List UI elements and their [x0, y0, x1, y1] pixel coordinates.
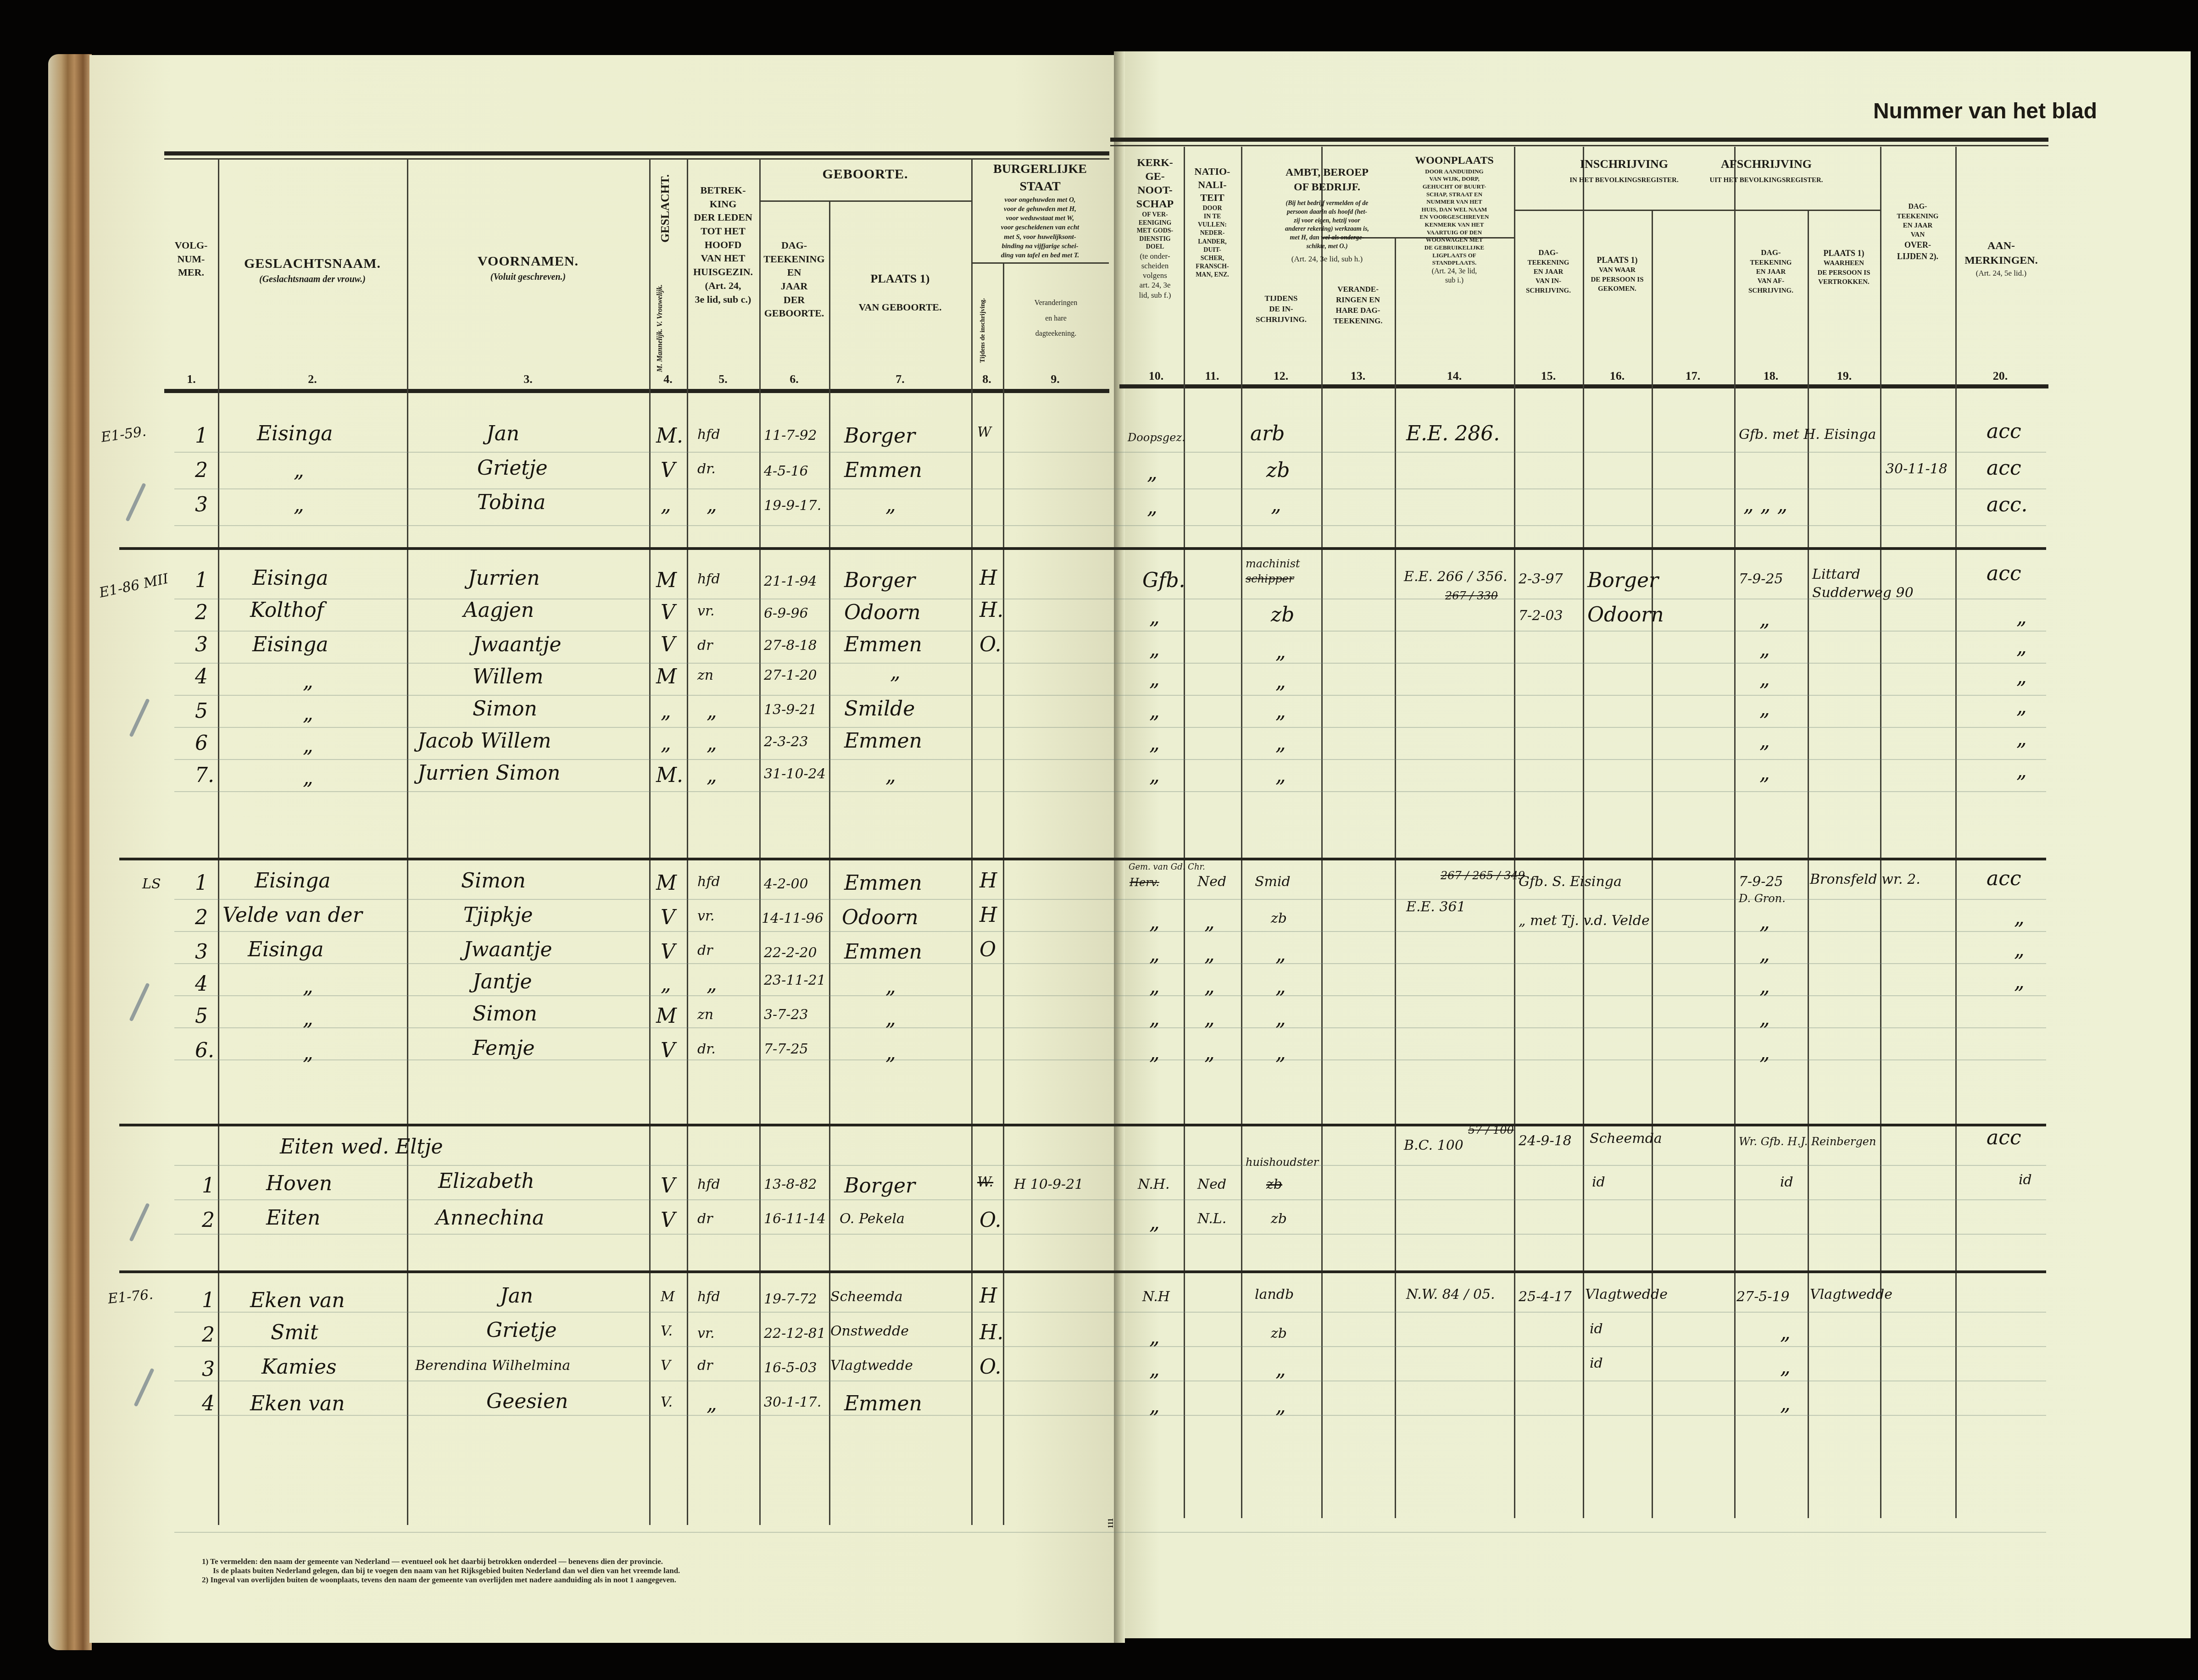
cell-occupation: „ [1275, 943, 1286, 966]
cell-sex: „ [661, 732, 671, 755]
cell-nationality: N.L. [1197, 1211, 1226, 1227]
cell-sex: „ [661, 699, 671, 723]
ruled-line [174, 1532, 2046, 1533]
cell-registration-place: id [1590, 1321, 1603, 1337]
cell-residence: B.C. 100 [1404, 1137, 1463, 1153]
column-number: 8. [973, 372, 1001, 386]
cell-birth-place: Borger [844, 424, 915, 448]
cell-given-names: Jantje [473, 970, 532, 993]
cell-occupation: arb [1250, 422, 1285, 445]
cell-surname: „ [303, 702, 313, 725]
column-number: 9. [1041, 372, 1069, 386]
cell-surname: Eken van [250, 1392, 345, 1415]
cell-surname: Eisinga [257, 422, 333, 445]
cell-relation: hfd [697, 427, 720, 443]
cell-religion: „ [1149, 1211, 1160, 1234]
cell-relation: „ [707, 764, 717, 787]
header-burgerlijke-staat: BURGERLIJKESTAAT voor ongehuwden met O,v… [971, 161, 1109, 260]
cell-remark: „ [2014, 938, 2025, 961]
cell-volgnummer: 4 [195, 665, 208, 688]
cell-birth-date: 22-2-20 [764, 945, 817, 961]
cell-registration-place: id [1590, 1355, 1603, 1371]
cell-residence-struck: 267 / 265 / 349 [1441, 869, 1525, 882]
cell-occupation: zb [1271, 1325, 1287, 1342]
column-number: 6. [780, 372, 808, 386]
cell-sex: V [661, 1209, 675, 1232]
cell-birth-place: Emmen [844, 940, 922, 964]
cell-relation: hfd [697, 874, 720, 890]
cell-religion: Gfb. [1142, 569, 1185, 592]
cell-deregistration-place: Wr. Gfb. H.J. Reinbergen [1739, 1135, 1876, 1148]
header-deregistration-date: DAG-TEEKENINGEN JAARVAN AF-SCHRIJVING. [1734, 248, 1808, 295]
cell-birth-place: „ [890, 660, 901, 684]
ruled-line [174, 663, 2046, 664]
cell-given-names: Grietje [486, 1319, 557, 1342]
header-deregistration-place: PLAATS 1)WAARHEENDE PERSOON ISVERTROKKEN… [1808, 248, 1880, 287]
cell-occupation: „ [1275, 975, 1286, 998]
col-divider [1652, 211, 1653, 1518]
header-registration-place: PLAATS 1)VAN WAARDE PERSOON ISGEKOMEN. [1583, 255, 1652, 294]
cell-remark: acc. [1987, 493, 2028, 516]
cell-relation: hfd [697, 1176, 720, 1192]
cell-religion: Gem. van Gd. Chr. [1129, 862, 1205, 872]
book-gutter [1114, 51, 1125, 1643]
cell-deregistration-place: Gfb. met H. Eisinga [1739, 427, 1876, 443]
cell-surname: „ [303, 1041, 313, 1065]
header-birth-place: PLAATS 1)VAN GEBOORTE. [829, 271, 971, 314]
cell-civil-status: O. [979, 1355, 1001, 1379]
cell-deregistration-place: „ [1759, 975, 1770, 998]
cell-birth-place: Emmen [844, 729, 922, 753]
cell-given-names: Grietje [477, 456, 548, 480]
cell-sex: M [656, 569, 677, 592]
header-nationaliteit: NATIO-NALI-TEITDOORIN TEVULLEN:NEDER-LAN… [1184, 165, 1241, 279]
cell-surname: „ [303, 1007, 313, 1030]
cell-deregistration-place: „ [1780, 1321, 1791, 1344]
cell-remark: acc [1987, 1126, 2021, 1149]
cell-religion: „ [1149, 638, 1160, 661]
cell-religion: „ [1149, 732, 1160, 755]
cell-occupation-struck: schipper [1246, 572, 1294, 585]
cell-birth-place: Odoorn [844, 601, 921, 624]
cell-religion: „ [1149, 943, 1160, 966]
cell-given-names: Jan [500, 1284, 533, 1308]
cell-civil-status: H [979, 566, 997, 590]
cell-volgnummer: 5 [195, 699, 208, 723]
inschrijving-subrule [1514, 210, 1734, 211]
column-number: 5. [709, 372, 737, 386]
column-number: 20. [1987, 369, 2014, 383]
cell-registration-place: id [1592, 1174, 1605, 1190]
cell-religion: N.H. [1138, 1176, 1170, 1192]
header-voornamen: VOORNAMEN.(Voluit geschreven.) [407, 252, 649, 283]
header-top-thin-rule-left [164, 158, 1109, 160]
cell-religion: „ [1149, 1325, 1160, 1349]
cell-remark: acc [1987, 420, 2021, 443]
cell-deregistration-place: id [1780, 1174, 1793, 1190]
cell-given-names: Berendina Wilhelmina [415, 1358, 570, 1374]
cell-occupation: landb [1255, 1286, 1294, 1303]
cell-surname: „ [303, 766, 313, 789]
geboorte-subrule [759, 200, 971, 202]
cell-birth-date: 4-2-00 [764, 876, 808, 892]
household-separator [119, 858, 2046, 860]
col-divider [649, 158, 651, 1525]
cell-given-names: Simon [473, 697, 537, 721]
cell-registration-date: 24-9-18 [1519, 1133, 1572, 1149]
cell-surname: Eisinga [248, 938, 324, 961]
cell-registration-place: Scheemda [1590, 1131, 1662, 1147]
footnote-1-continued: Is de plaats buiten Nederland gelegen, d… [202, 1566, 680, 1575]
header-ambt: AMBT, BEROEPOF BEDRIJF. (Bij het bedrijf… [1241, 165, 1413, 265]
cell-civil-status: H [979, 904, 997, 927]
ruled-line [174, 488, 2046, 489]
header-veranderingen-ambt: VERANDE-RINGEN ENHARE DAG-TEEKENING. [1321, 284, 1395, 327]
cell-birth-date: 6-9-96 [764, 605, 808, 621]
cell-occupation: „ [1275, 1358, 1286, 1381]
cell-surname: Eisinga [255, 869, 331, 893]
cell-sex: „ [661, 972, 671, 996]
cell-deregistration-place: „ [1759, 608, 1770, 631]
ruled-line [174, 1415, 2046, 1416]
cell-sex: „ [661, 493, 671, 516]
cell-religion: Doopsgez. [1128, 431, 1185, 444]
household-heading: Eiten wed. Eltje [280, 1135, 443, 1159]
cell-given-names: Jacob Willem [417, 729, 551, 753]
cell-remark: acc [1987, 562, 2021, 585]
ruled-line [174, 1165, 2046, 1166]
ruled-line [174, 1234, 2046, 1235]
header-volgnummer: VOLG-NUM-MER. [164, 238, 218, 279]
cell-sex: M [656, 665, 677, 688]
cell-deregistration-date: 7-9-25 [1739, 874, 1783, 890]
header-bottom-rule-left [164, 389, 1109, 393]
cell-birth-date: 16-5-03 [764, 1360, 817, 1376]
footnote-1: 1) Te vermelden: den naam der gemeente v… [202, 1557, 663, 1566]
ruled-line [174, 599, 2046, 599]
cell-surname: Hoven [266, 1172, 332, 1195]
column-number: 18. [1757, 369, 1785, 383]
cell-relation: zn [697, 1007, 713, 1023]
cell-sex: M. [656, 764, 683, 787]
cell-birth-place: Onstwedde [830, 1323, 909, 1339]
ruled-line [174, 1312, 2046, 1313]
cell-sex: V. [661, 1394, 673, 1410]
cell-deregistration-place: „ „ „ [1743, 493, 1787, 516]
cell-surname: Velde van der [223, 904, 362, 927]
cell-surname: Kamies [262, 1355, 337, 1379]
cell-relation: vr. [697, 603, 715, 619]
cell-religion: „ [1149, 1007, 1160, 1030]
cell-volgnummer: 2 [195, 459, 208, 482]
cell-remark: „ [2016, 727, 2027, 750]
cell-volgnummer: 3 [202, 1358, 215, 1381]
cell-sex: V [661, 633, 675, 656]
column-number: 16. [1603, 369, 1631, 383]
cell-deregistration-place: „ [1780, 1392, 1791, 1415]
cell-remark: id [2019, 1172, 2032, 1188]
cell-occupation: „ [1275, 1041, 1286, 1065]
cell-given-names: Femje [473, 1037, 535, 1060]
col-divider [1395, 238, 1396, 1518]
header-birth-date: DAG-TEEKENINGENJAARDERGEBOORTE. [759, 238, 829, 320]
cell-relation: dr. [697, 461, 716, 477]
cell-surname: Eiten [266, 1206, 320, 1230]
ruled-line [174, 759, 2046, 760]
cell-volgnummer: 2 [202, 1209, 215, 1232]
header-woonplaats: WOONPLAATSDOOR AANDUIDINGVAN WIJK, DORP,… [1395, 154, 1514, 286]
cell-civil-status: W. [977, 1174, 993, 1190]
cell-religion-struck: Herv. [1130, 876, 1159, 889]
cell-sex: V [661, 459, 675, 482]
cell-occupation-struck: zb [1266, 1176, 1282, 1192]
cell-birth-date: 13-8-82 [764, 1176, 817, 1192]
cell-birth-date: 22-12-81 [764, 1325, 826, 1342]
cell-given-names: Willem [473, 665, 543, 688]
col-divider [687, 158, 688, 1525]
cell-religion: „ [1149, 910, 1160, 934]
col-divider [218, 158, 219, 1525]
cell-volgnummer: 6 [195, 732, 208, 755]
cell-sex: V [661, 1358, 671, 1374]
cell-remark: acc [1987, 456, 2021, 480]
cell-occupation: Smid [1255, 874, 1291, 890]
cell-relation: dr [697, 943, 713, 959]
cell-registration-place: Vlagtwedde [1585, 1286, 1668, 1303]
header-aanmerkingen: AAN-MERKINGEN.(Art. 24, 5e lid.) [1955, 238, 2047, 279]
cell-civil-status-change: H 10-9-21 [1014, 1176, 1083, 1192]
cell-remark: „ [2014, 906, 2025, 929]
cell-relation: vr. [697, 1325, 715, 1342]
cell-volgnummer: 7. [195, 764, 214, 787]
cell-religion: „ [1149, 764, 1160, 787]
cell-civil-status: O. [979, 1209, 1001, 1232]
cell-birth-place: „ [885, 1041, 896, 1065]
header-geslacht-legend: M. Mannelijk. V. Vrouwelijk. [656, 284, 664, 372]
cell-birth-date: 11-7-92 [764, 427, 817, 444]
cell-deregistration-place: „ [1759, 729, 1770, 753]
cell-volgnummer: 1 [195, 871, 208, 895]
cell-surname: „ [294, 493, 304, 516]
cell-deregistration-place: Bronsfeld wr. 2. [1810, 871, 1920, 887]
cell-birth-place: Emmen [844, 459, 922, 482]
cell-registration-place: „ met Tj. v.d. Velde [1519, 913, 1650, 929]
cell-deregistration-place: „ [1759, 1041, 1770, 1065]
cell-deregistration-date: 27-5-19 [1736, 1289, 1790, 1305]
cell-sex: M. [656, 424, 683, 448]
cell-birth-date: 30-1-17. [764, 1394, 821, 1410]
column-number: 14. [1441, 369, 1468, 383]
cell-sex: M [656, 871, 677, 895]
cell-deregistration-place: „ [1759, 761, 1770, 785]
cell-birth-place: O. Pekela [840, 1211, 905, 1227]
cell-sex: V. [661, 1323, 673, 1339]
col-divider [759, 158, 761, 1525]
cell-relation: „ [707, 493, 717, 516]
col-divider [971, 158, 973, 1525]
cell-birth-place: Vlagtwedde [830, 1358, 913, 1374]
cell-volgnummer: 3 [195, 493, 208, 516]
cell-registration-place: Borger [1587, 569, 1658, 592]
cell-given-names: Simon [461, 869, 526, 893]
cell-given-names: Jan [486, 422, 519, 445]
cell-religion: N.H [1142, 1289, 1170, 1305]
cell-birth-place: Borger [844, 1174, 915, 1198]
cell-volgnummer: 4 [202, 1392, 215, 1415]
cell-religion: „ [1147, 461, 1157, 484]
cell-deregistration-place: „ [1759, 667, 1770, 691]
cell-given-names: Jurrien [468, 566, 540, 590]
cell-registration-date: 7-2-03 [1519, 608, 1563, 624]
cell-remark: „ [2016, 635, 2027, 659]
column-number: 3. [514, 372, 542, 386]
cell-relation: dr [697, 638, 713, 654]
cell-given-names: Jwaantje [473, 633, 561, 656]
ruled-line [174, 695, 2046, 696]
cell-nationality: Ned [1197, 874, 1226, 890]
cell-surname: Eisinga [252, 633, 328, 656]
cell-deregistration-region: D. Gron. [1739, 892, 1786, 905]
header-betrekking: BETREK-KINGDER LEDENTOT HETHOOFDVAN HETH… [687, 183, 759, 306]
cell-birth-place: Scheemda [830, 1289, 903, 1305]
cell-birth-place: Emmen [844, 1392, 922, 1415]
cell-sex: V [661, 906, 675, 929]
cell-deregistration-place: „ [1759, 697, 1770, 721]
header-top-rule-right [1110, 138, 2048, 142]
cell-occupation: machinist [1246, 557, 1300, 570]
cell-religion: „ [1149, 699, 1160, 723]
cell-death-date: 30-11-18 [1886, 461, 1948, 477]
cell-volgnummer: 2 [195, 601, 208, 624]
cell-occupation: „ [1275, 699, 1286, 723]
cell-sex: V [661, 1174, 675, 1198]
cell-remark: „ [2014, 970, 2025, 993]
cell-occupation: „ [1275, 670, 1286, 693]
cell-volgnummer: 5 [195, 1004, 208, 1028]
cell-given-names: Tjipkje [463, 904, 533, 927]
cell-relation: „ [707, 1392, 717, 1415]
cell-occupation: zb [1266, 459, 1290, 482]
cell-given-names: Elizabeth [438, 1170, 534, 1193]
cell-birth-date: 14-11-96 [762, 910, 824, 926]
cell-deregistration-date: 7-9-25 [1739, 571, 1783, 587]
cell-relation: vr. [697, 908, 715, 924]
cell-religion: „ [1149, 1394, 1160, 1418]
cell-sex: V [661, 601, 675, 624]
cell-birth-date: 3-7-23 [764, 1007, 808, 1023]
cell-deregistration-place: „ [1780, 1355, 1791, 1379]
sheet-number-label: Nummer van het blad [1873, 99, 2097, 124]
cell-birth-place: „ [885, 1007, 896, 1030]
cell-relation: „ [707, 699, 717, 723]
cell-volgnummer: 6. [195, 1039, 214, 1062]
cell-deregistration-place: „ [1759, 910, 1770, 934]
cell-occupation: zb [1271, 1211, 1287, 1227]
cell-civil-status: W [977, 424, 991, 440]
cell-birth-place: Smilde [844, 697, 915, 721]
cell-given-names: Simon [473, 1002, 537, 1026]
cell-occupation: „ [1275, 1007, 1286, 1030]
cell-relation: „ [707, 972, 717, 996]
cell-deregistration-place: „ [1759, 638, 1770, 661]
ruled-line [174, 1381, 2046, 1381]
cell-birth-date: 27-8-18 [764, 638, 817, 654]
header-geslacht: GESLACHT. [658, 174, 672, 243]
column-number: 4. [654, 372, 682, 386]
header-geslachtsnaam: GESLACHTSNAAM.(Geslachtsnaam der vrouw.) [218, 255, 407, 286]
column-number: 19. [1831, 369, 1858, 383]
cell-given-names: Geesien [486, 1390, 568, 1413]
cell-birth-date: 7-7-25 [764, 1041, 808, 1057]
cell-remark: „ [2016, 695, 2027, 718]
header-veranderingen: Veranderingenen haredagteekening. [1003, 298, 1109, 339]
cell-sex: V [661, 940, 675, 964]
cell-residence: N.W. 84 / 05. [1406, 1286, 1495, 1303]
column-number: 11. [1198, 369, 1226, 383]
cell-residence: E.E. 286. [1406, 422, 1500, 445]
cell-birth-date: 21-1-94 [764, 573, 817, 589]
cell-sex: V [661, 1039, 675, 1062]
cell-registration-date: 2-3-97 [1519, 571, 1563, 587]
cell-relation: hfd [697, 571, 720, 587]
cell-birth-date: 16-11-14 [764, 1211, 826, 1227]
header-top-rule-left [164, 151, 1109, 155]
cell-birth-date: 2-3-23 [764, 734, 808, 750]
cell-volgnummer: 1 [202, 1289, 215, 1312]
cell-surname: „ [303, 975, 313, 998]
cell-deregistration-place: „ [1759, 943, 1770, 966]
cell-occupation: „ [1275, 764, 1286, 787]
column-number: 17. [1679, 369, 1707, 383]
cell-civil-status: H [979, 1284, 997, 1308]
cell-occupation: zb [1271, 910, 1287, 926]
afschrijving-subrule [1734, 210, 1880, 211]
column-number: 15. [1535, 369, 1562, 383]
cell-birth-date: 13-9-21 [764, 702, 817, 718]
cell-volgnummer: 2 [202, 1323, 215, 1347]
cell-surname: „ [294, 459, 304, 482]
cell-volgnummer: 1 [195, 569, 208, 592]
cell-relation: dr [697, 1211, 713, 1227]
cell-nationality: „ [1204, 975, 1215, 998]
cell-volgnummer: 2 [195, 906, 208, 929]
cell-volgnummer: 4 [195, 972, 208, 996]
cell-birth-date: 27-1-20 [764, 667, 817, 683]
cell-volgnummer: 3 [195, 633, 208, 656]
cell-deregistration-place: Vlagtwedde [1810, 1286, 1892, 1303]
cell-given-names: Jwaantje [463, 938, 552, 961]
cell-surname: „ [303, 670, 313, 693]
cell-nationality: „ [1204, 1041, 1215, 1065]
household-separator [119, 547, 2046, 550]
household-margin-ref: LS [142, 876, 161, 892]
cell-surname: Kolthof [250, 599, 324, 622]
cell-sex: M [656, 1004, 677, 1028]
column-number: 7. [886, 372, 914, 386]
cell-residence: E.E. 266 / 356. [1404, 569, 1508, 585]
cell-volgnummer: 1 [202, 1174, 215, 1198]
cell-relation: „ [707, 732, 717, 755]
cell-birth-date: 23-11-21 [764, 972, 826, 988]
ruled-line [174, 1346, 2046, 1347]
cell-occupation: „ [1275, 732, 1286, 755]
book-page-edges [48, 54, 92, 1650]
cell-deregistration-place: „ [1759, 1007, 1770, 1030]
cell-religion: „ [1149, 605, 1160, 629]
column-number: 13. [1344, 369, 1372, 383]
cell-deregistration-address: Sudderweg 90 [1812, 585, 1914, 601]
cell-religion: „ [1147, 495, 1157, 519]
